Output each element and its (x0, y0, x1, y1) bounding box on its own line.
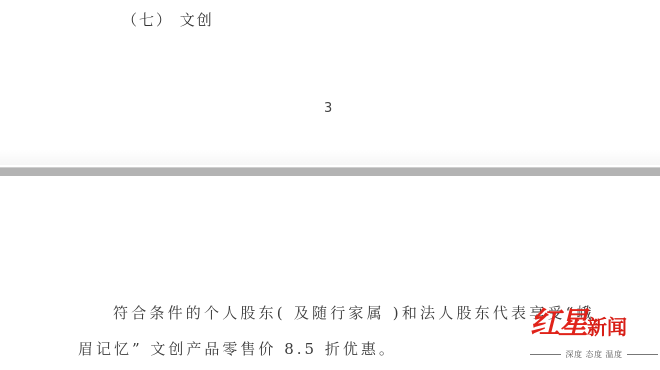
watermark-news-text: 新闻 (587, 313, 627, 341)
watermark-brand-text: 红星 (530, 307, 586, 341)
watermark-logo: 红星 新闻 深度 态度 温度 (530, 307, 660, 365)
watermark-slogan: 深度 态度 温度 (561, 349, 626, 360)
section-heading: （七） 文创 (122, 9, 214, 30)
divider (627, 354, 658, 355)
document-page-upper: （七） 文创 3 (0, 0, 660, 165)
watermark-slogan-row: 深度 态度 温度 (530, 349, 658, 360)
paragraph-line-2: 眉记忆” 文创产品零售价 8.5 折优惠。 (78, 338, 397, 359)
paragraph-line-1: 符合条件的个人股东( 及随行家属 )和法人股东代表享受“峨 (113, 302, 595, 323)
page-break-separator (0, 167, 660, 176)
page-number: 3 (324, 101, 332, 116)
watermark-brand: 红星 新闻 (530, 307, 627, 341)
divider (530, 354, 561, 355)
